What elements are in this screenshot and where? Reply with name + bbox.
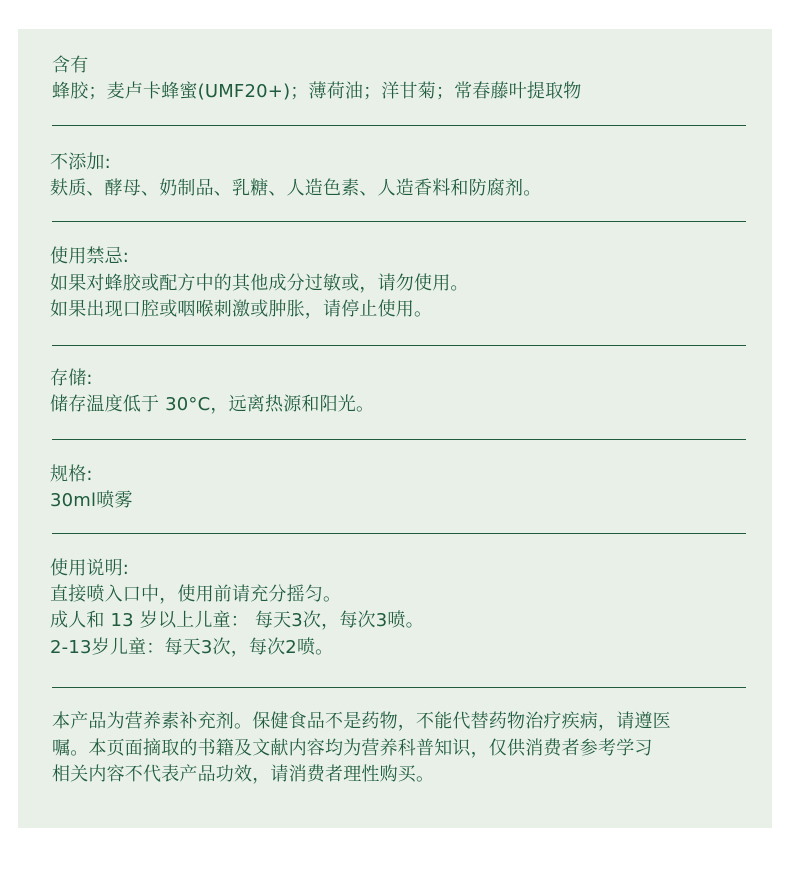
section-heading: 使用说明:	[50, 556, 129, 582]
section-text: 蜂胶；麦卢卡蜂蜜(UMF20+)；薄荷油；洋甘菊；常春藤叶提取物	[52, 79, 582, 105]
divider	[52, 125, 746, 126]
disclaimer-text: 相关内容不代表产品功效，请消费者理性购买。	[52, 762, 434, 788]
section-heading: 规格:	[50, 462, 93, 488]
divider	[52, 533, 746, 534]
disclaimer-text: 本产品为营养素补充剂。保健食品不是药物，不能代替药物治疗疾病，请遵医	[52, 709, 671, 735]
section-text: 如果出现口腔或咽喉刺激或肿胀，请停止使用。	[50, 297, 432, 323]
section-text: 储存温度低于 30°C，远离热源和阳光。	[50, 392, 374, 418]
section-text: 麸质、酵母、奶制品、乳糖、人造色素、人造香料和防腐剂。	[50, 176, 541, 202]
divider	[52, 221, 746, 222]
divider	[52, 439, 746, 440]
section-heading: 含有	[52, 53, 88, 79]
section-text: 30ml喷雾	[50, 488, 133, 514]
disclaimer-text: 嘱。本页面摘取的书籍及文献内容均为营养科普知识，仅供消费者参考学习	[52, 736, 653, 762]
section-heading: 使用禁忌:	[50, 244, 129, 270]
section-text: 如果对蜂胶或配方中的其他成分过敏或，请勿使用。	[50, 271, 469, 297]
divider	[52, 687, 746, 688]
section-heading: 存储:	[50, 366, 93, 392]
divider	[52, 345, 746, 346]
section-heading: 不添加:	[50, 150, 111, 176]
section-text: 成人和 13 岁以上儿童： 每天3次，每次3喷。	[50, 608, 424, 634]
section-text: 直接喷入口中，使用前请充分摇匀。	[50, 582, 341, 608]
section-text: 2-13岁儿童：每天3次，每次2喷。	[50, 635, 333, 661]
